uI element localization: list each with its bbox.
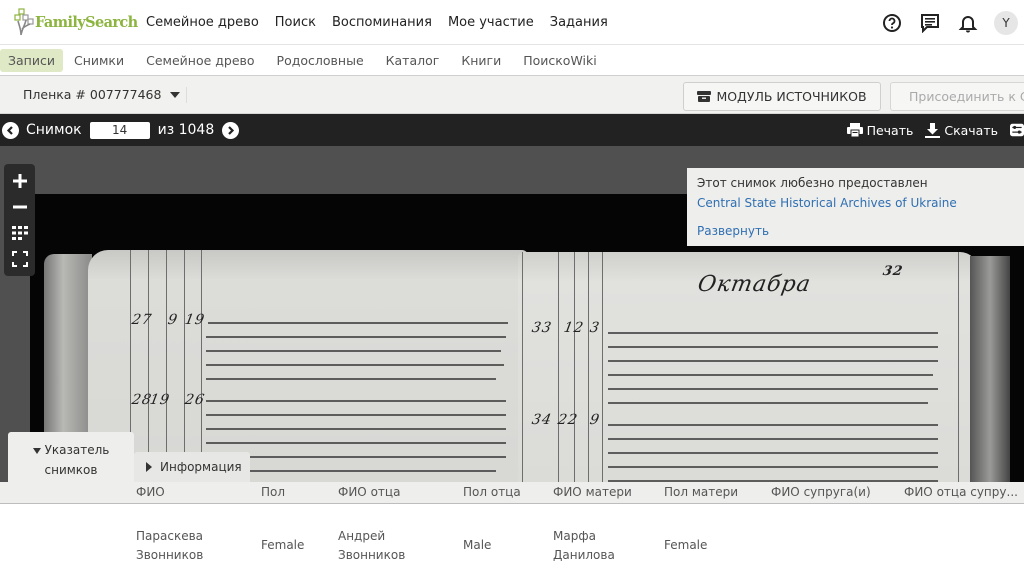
subnav-family-tree[interactable]: Семейное древо [135,49,265,72]
archive-box-icon [697,91,711,102]
cell-sex: Female [261,536,304,555]
brand-name: FamilySearch [35,14,138,31]
familysearch-logo[interactable]: FamilySearch [0,7,140,37]
sliders-icon [1010,122,1024,138]
column-header[interactable]: ФИО матери [553,485,632,499]
information-tab[interactable]: Информация [134,452,250,482]
page-number: 32 [882,264,905,279]
source-box-button[interactable]: МОДУЛЬ ИСТОЧНИКОВ [683,82,881,111]
cell-father-name: АндрейЗвонников [338,527,405,565]
column-header[interactable]: ФИО супруга(и) [771,485,871,499]
cell-name: ПараскеваЗвонников [136,527,203,565]
nav-get-involved[interactable]: Мое участие [440,0,542,45]
column-header[interactable]: ФИО отца супру... [904,485,1018,499]
caret-down-icon [33,448,41,454]
zoom-in-button[interactable] [10,171,30,191]
manuscript-page-right: 32 Октабра 33 12 3 34 22 9 [518,252,978,482]
manuscript-page-left: 27 9 19 28 19 26 [88,250,528,482]
main-nav: Семейное древо Поиск Воспоминания Мое уч… [140,0,616,45]
attach-to-tree-button[interactable]: Присоединить к Се [890,82,1024,111]
notifications-icon[interactable] [956,11,980,35]
minus-icon [13,200,27,214]
expand-link[interactable]: Развернуть [697,224,1014,238]
image-credit-panel: Этот снимок любезно предоставлен Central… [687,168,1024,246]
credit-title: Этот снимок любезно предоставлен [697,176,1014,190]
image-tools-button[interactable] [1010,122,1024,138]
print-label: Печать [867,123,914,138]
column-header[interactable]: ФИО [136,485,165,499]
archive-link[interactable]: Central State Historical Archives of Ukr… [697,196,1014,210]
column-header[interactable]: ФИО отца [338,485,400,499]
fullscreen-icon [12,251,28,267]
tree-logo-icon [14,7,36,37]
image-viewer[interactable]: 27 9 19 28 19 26 32 Октабра [0,146,1024,482]
column-header[interactable]: Пол отца [463,485,521,499]
nav-search[interactable]: Поиск [267,0,324,45]
column-header[interactable]: Пол матери [664,485,738,499]
plus-icon [13,174,27,188]
subnav-books[interactable]: Книги [450,49,512,72]
zoom-controls [4,164,35,276]
source-box-label: МОДУЛЬ ИСТОЧНИКОВ [716,89,866,104]
image-actions: Печать Скачать [847,114,1024,146]
film-number-label: Пленка # 007777468 [23,87,161,102]
next-image-button[interactable] [222,122,239,139]
header-actions: Y [880,0,1018,45]
table-row[interactable]: ПараскеваЗвонников Female АндрейЗвоннико… [0,504,1024,568]
subnav-records[interactable]: Записи [0,49,63,72]
caret-right-icon [146,462,152,472]
caret-down-icon [170,92,180,98]
cell-mother-sex: Female [664,536,707,555]
help-icon[interactable] [880,11,904,35]
printer-icon [847,123,863,137]
download-label: Скачать [944,123,998,138]
image-index-tab[interactable]: Указатель снимков [8,432,134,482]
fullscreen-button[interactable] [10,249,30,269]
print-button[interactable]: Печать [847,123,914,138]
month-heading: Октабра [696,272,813,297]
download-button[interactable]: Скачать [925,123,998,138]
image-count: из 1048 [158,122,215,138]
attach-label: Присоединить к Се [909,89,1024,104]
messages-icon[interactable] [918,11,942,35]
subnav-images[interactable]: Снимки [63,49,135,72]
cell-father-sex: Male [463,536,491,555]
top-header: FamilySearch Семейное древо Поиск Воспом… [0,0,1024,45]
cell-mother-name: МарфаДанилова [553,527,615,565]
book-edge-right [970,256,1010,482]
nav-family-tree[interactable]: Семейное древо [140,0,267,45]
divider [186,87,187,103]
subnav-catalog[interactable]: Каталог [375,49,451,72]
subnav-genealogies[interactable]: Родословные [266,49,375,72]
column-header[interactable]: Пол [261,485,285,499]
index-table-header: ФИО Пол ФИО отца Пол отца ФИО матери Пол… [0,482,1024,504]
nav-activities[interactable]: Задания [542,0,616,45]
gallery-view-button[interactable] [10,223,30,243]
chevron-left-icon [6,126,15,135]
search-subnav: Записи Снимки Семейное древо Родословные… [0,45,1024,76]
nav-memories[interactable]: Воспоминания [324,0,440,45]
film-bar: Пленка # 007777468 МОДУЛЬ ИСТОЧНИКОВ При… [0,76,1024,114]
image-toolbar: Снимок из 1048 Печать Скачать [0,114,1024,146]
download-icon [925,123,940,138]
previous-image-button[interactable] [2,122,19,139]
subnav-wiki[interactable]: ПоискоWiki [512,49,608,72]
zoom-out-button[interactable] [10,197,30,217]
image-label: Снимок [26,122,82,138]
image-number-input[interactable] [90,122,150,139]
film-number-dropdown[interactable]: Пленка # 007777468 [0,87,187,103]
grid-icon [12,226,28,240]
chevron-right-icon [226,126,235,135]
avatar[interactable]: Y [994,11,1018,35]
